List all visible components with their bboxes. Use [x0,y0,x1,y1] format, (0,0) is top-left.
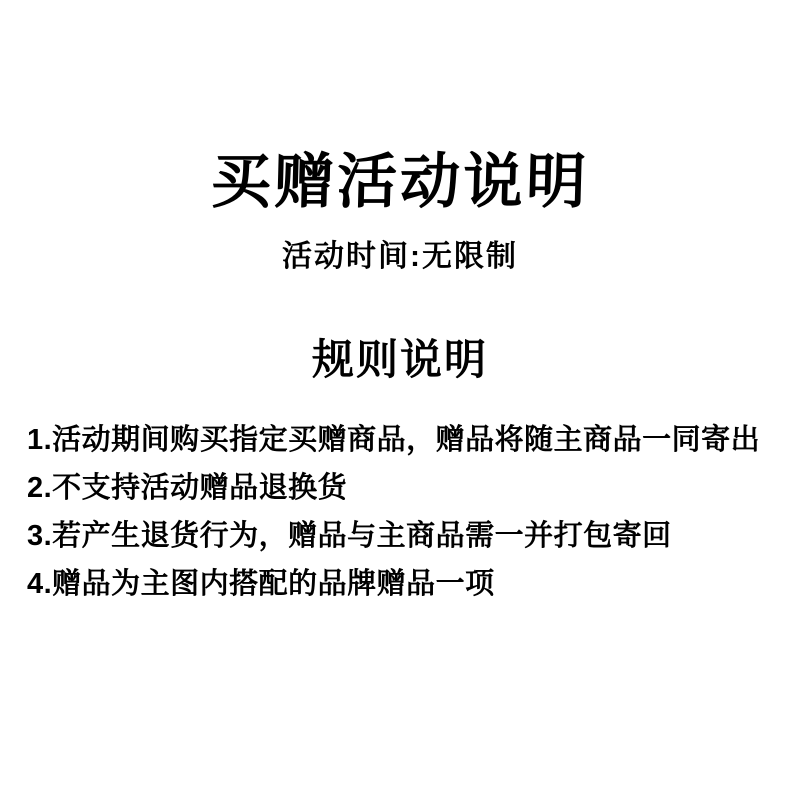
page-title: 买赠活动说明 [0,150,800,214]
rule-item-3: 3.若产生退货行为，赠品与主商品需一并打包寄回 [27,512,792,560]
rule-item-4: 4.赠品为主图内搭配的品牌赠品一项 [27,560,792,608]
rule-item-1: 1.活动期间购买指定买赠商品，赠品将随主商品一同寄出 [27,416,792,464]
rules-list: 1.活动期间购买指定买赠商品，赠品将随主商品一同寄出 2.不支持活动赠品退换货 … [27,416,792,608]
promo-notice-poster: 买赠活动说明 活动时间:无限制 规则说明 1.活动期间购买指定买赠商品，赠品将随… [0,0,800,800]
rule-item-2: 2.不支持活动赠品退换货 [27,464,792,512]
activity-time-text: 活动时间:无限制 [0,240,800,274]
rules-heading: 规则说明 [0,336,800,384]
